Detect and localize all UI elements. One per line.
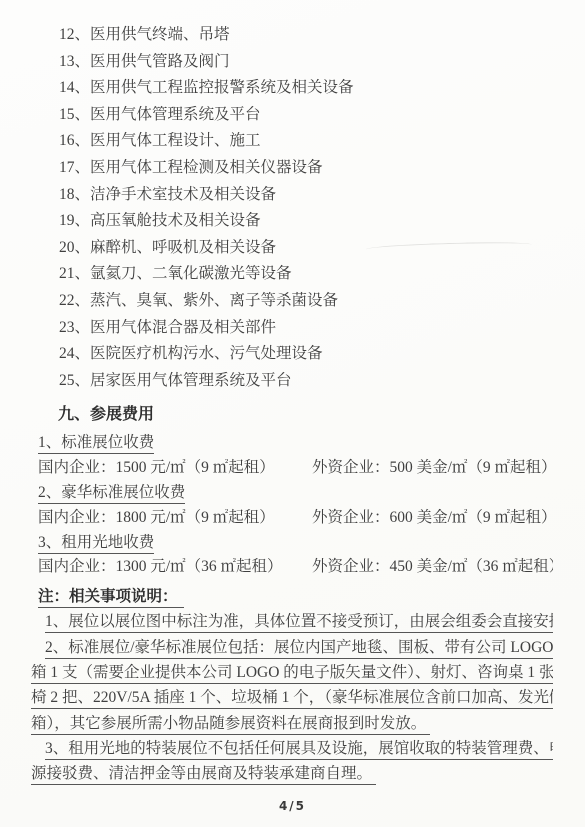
exhibit-item-list: 12、医用供气终端、吊塔 13、医用供气管路及阀门 14、医用供气工程监控报警系…	[31, 22, 553, 394]
foreign-price: 外资企业：600 美金/㎡（9 ㎡起租）	[312, 506, 553, 531]
notes-title-text: 注：相关事项说明：	[38, 588, 184, 608]
fee-price-row: 国内企业：1500 元/㎡（9 ㎡起租） 外资企业：500 美金/㎡（9 ㎡起租…	[38, 456, 553, 481]
list-item: 17、医用气体工程检测及相关仪器设备	[31, 155, 553, 182]
list-item: 14、医用供气工程监控报警系统及相关设备	[31, 75, 553, 102]
document-page: 12、医用供气终端、吊塔 13、医用供气管路及阀门 14、医用供气工程监控报警系…	[0, 0, 585, 827]
domestic-price: 国内企业：1300 元/㎡（36 ㎡起租）	[38, 555, 312, 580]
list-item: 16、医用气体工程设计、施工	[31, 128, 553, 155]
note-paragraph: 3、租用光地的特装展位不包括任何展具及设施，展馆收取的特装管理费、电 源接驳费、…	[31, 736, 553, 787]
fee-heading-text: 3、租用光地收费	[38, 534, 154, 554]
fees-section: 1、标准展位收费 国内企业：1500 元/㎡（9 ㎡起租） 外资企业：500 美…	[31, 431, 553, 580]
fee-subsection: 3、租用光地收费 国内企业：1300 元/㎡（36 ㎡起租） 外资企业：450 …	[31, 531, 553, 581]
notes-section: 注：相关事项说明： 1、展位以展位图中标注为准，具体位置不接受预订，由展会组委会…	[31, 584, 553, 786]
list-item: 12、医用供气终端、吊塔	[31, 22, 553, 49]
fee-subsection-heading: 3、租用光地收费	[38, 531, 553, 556]
list-item: 23、医用气体混合器及相关部件	[31, 315, 553, 342]
note-line: 源接驳费、清洁押金等由展商及特装承建商自理。	[31, 761, 553, 786]
note-line-text: 箱 1 支（需要企业提供本公司 LOGO 的电子版矢量文件）、射灯、咨询桌 1 …	[31, 664, 553, 684]
note-line-text: 椅 2 把、220V/5A 插座 1 个、垃圾桶 1 个，（豪华标准展位含前口加…	[31, 689, 553, 709]
foreign-price: 外资企业：500 美金/㎡（9 ㎡起租）	[312, 456, 553, 481]
note-paragraph: 1、展位以展位图中标注为准，具体位置不接受预订，由展会组委会直接安排。	[31, 609, 553, 634]
section-title-fees: 九、参展费用	[58, 401, 553, 428]
list-item: 25、居家医用气体管理系统及平台	[31, 368, 553, 395]
note-line-text: 1、展位以展位图中标注为准，具体位置不接受预订，由展会组委会直接安排。	[45, 613, 553, 633]
fee-subsection: 1、标准展位收费 国内企业：1500 元/㎡（9 ㎡起租） 外资企业：500 美…	[31, 431, 553, 481]
fee-subsection-heading: 1、标准展位收费	[38, 431, 553, 456]
list-item: 13、医用供气管路及阀门	[31, 49, 553, 76]
fee-heading-text: 2、豪华标准展位收费	[38, 484, 185, 504]
note-paragraph: 2、标准展位/豪华标准展位包括：展位内国产地毯、围板、带有公司 LOGO 灯 箱…	[31, 635, 553, 736]
fee-heading-text: 1、标准展位收费	[38, 434, 154, 454]
note-line: 箱），其它参展所需小物品随参展资料在展商报到时发放。	[31, 711, 553, 736]
domestic-price: 国内企业：1500 元/㎡（9 ㎡起租）	[38, 456, 312, 481]
fee-subsection-heading: 2、豪华标准展位收费	[38, 481, 553, 506]
list-item: 22、蒸汽、臭氧、紫外、离子等杀菌设备	[31, 288, 553, 315]
list-item: 21、氩氦刀、二氧化碳激光等设备	[31, 261, 553, 288]
list-item: 15、医用气体管理系统及平台	[31, 102, 553, 129]
fee-subsection: 2、豪华标准展位收费 国内企业：1800 元/㎡（9 ㎡起租） 外资企业：600…	[31, 481, 553, 531]
note-line-text: 箱），其它参展所需小物品随参展资料在展商报到时发放。	[31, 715, 430, 735]
notes-title: 注：相关事项说明：	[38, 584, 553, 609]
list-item: 19、高压氧舱技术及相关设备	[31, 208, 553, 235]
note-line-text: 3、租用光地的特装展位不包括任何展具及设施，展馆收取的特装管理费、电	[45, 740, 553, 760]
notes-paragraphs: 1、展位以展位图中标注为准，具体位置不接受预订，由展会组委会直接安排。 2、标准…	[31, 609, 553, 786]
list-item: 18、洁净手术室技术及相关设备	[31, 182, 553, 209]
note-line: 2、标准展位/豪华标准展位包括：展位内国产地毯、围板、带有公司 LOGO 灯	[31, 635, 553, 660]
list-item: 24、医院医疗机构污水、污气处理设备	[31, 341, 553, 368]
page-number: 4/5	[0, 799, 585, 813]
foreign-price: 外资企业：450 美金/㎡（36 ㎡起租）	[312, 555, 553, 580]
fee-price-row: 国内企业：1800 元/㎡（9 ㎡起租） 外资企业：600 美金/㎡（9 ㎡起租…	[38, 506, 553, 531]
note-line-text: 源接驳费、清洁押金等由展商及特装承建商自理。	[31, 765, 376, 785]
fee-price-row: 国内企业：1300 元/㎡（36 ㎡起租） 外资企业：450 美金/㎡（36 ㎡…	[38, 555, 553, 580]
note-line-text: 2、标准展位/豪华标准展位包括：展位内国产地毯、围板、带有公司 LOGO 灯	[45, 639, 553, 659]
domestic-price: 国内企业：1800 元/㎡（9 ㎡起租）	[38, 506, 312, 531]
note-line: 椅 2 把、220V/5A 插座 1 个、垃圾桶 1 个，（豪华标准展位含前口加…	[31, 685, 553, 710]
note-line: 3、租用光地的特装展位不包括任何展具及设施，展馆收取的特装管理费、电	[31, 736, 553, 761]
note-line: 1、展位以展位图中标注为准，具体位置不接受预订，由展会组委会直接安排。	[31, 609, 553, 634]
note-line: 箱 1 支（需要企业提供本公司 LOGO 的电子版矢量文件）、射灯、咨询桌 1 …	[31, 660, 553, 685]
